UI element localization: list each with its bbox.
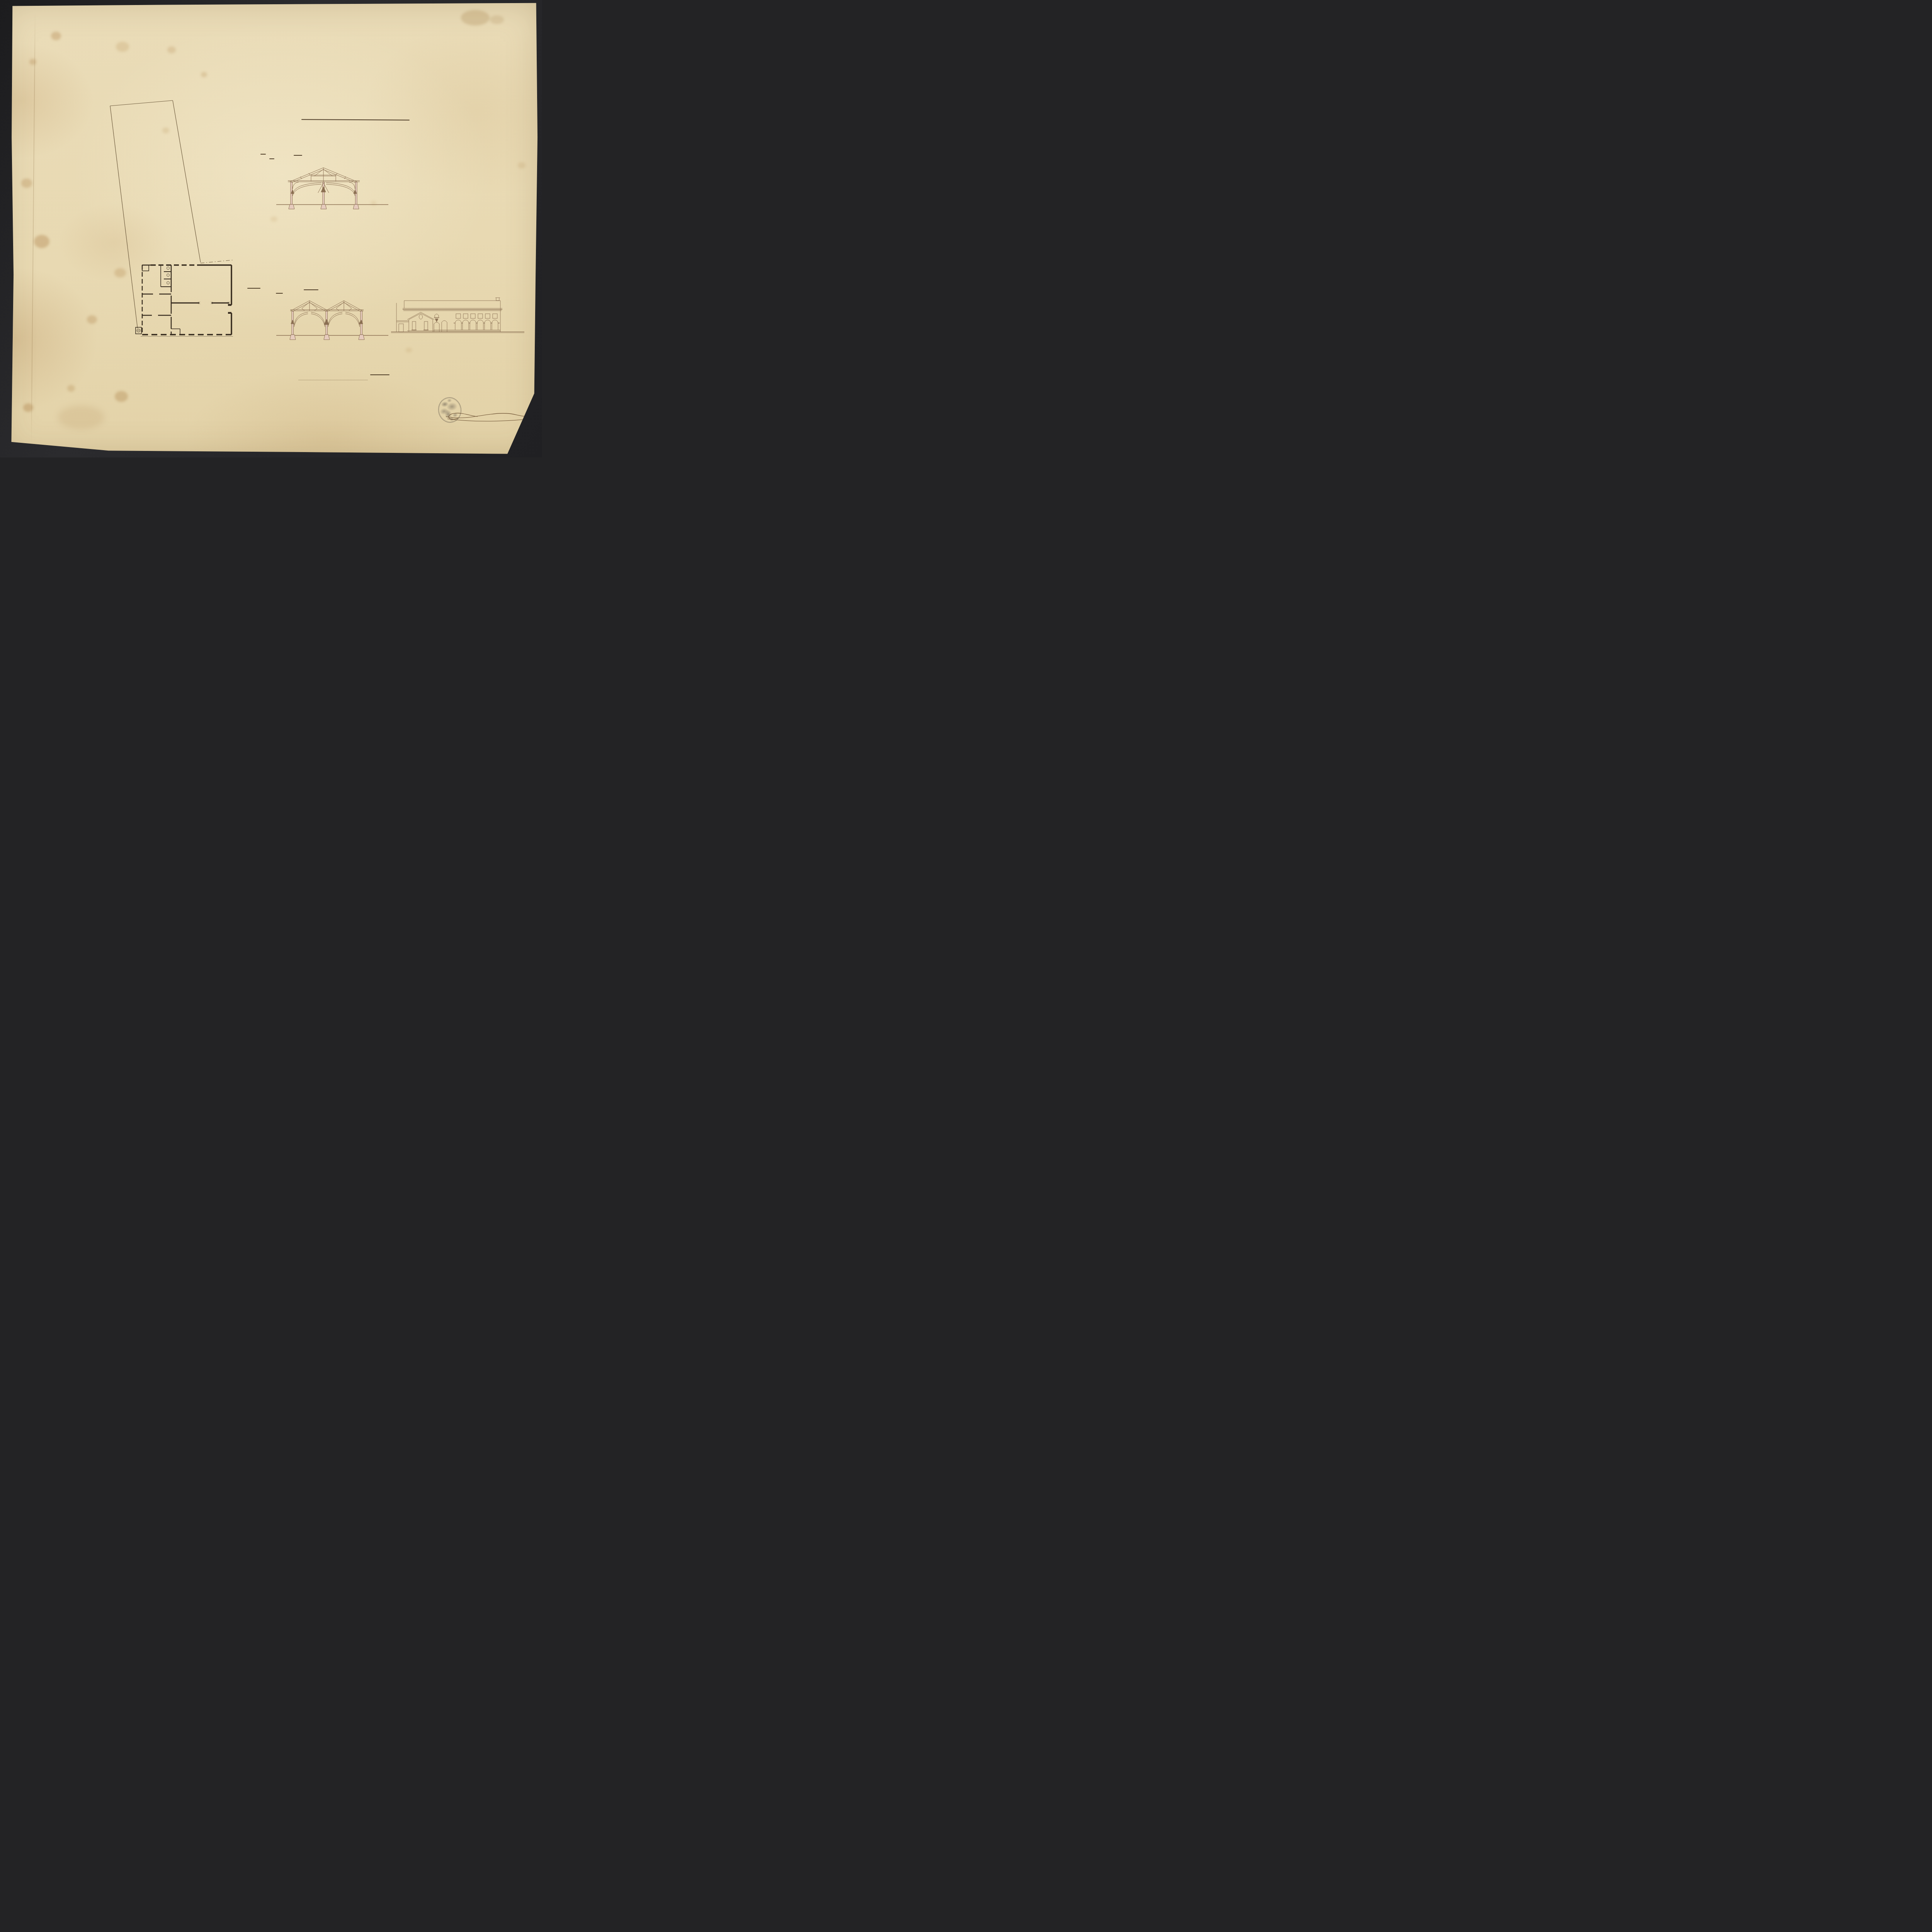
stain	[51, 32, 61, 40]
stain	[461, 10, 490, 26]
flourish-dash	[370, 374, 389, 375]
footing	[324, 335, 330, 340]
entrance-arch	[434, 322, 439, 324]
upper-window	[463, 314, 468, 318]
plan-privy-seat	[167, 274, 170, 277]
flourish-dash	[269, 158, 274, 159]
side-door	[399, 324, 403, 332]
floor-plan-drawing	[133, 257, 233, 344]
arched-windows	[454, 320, 500, 330]
stain	[201, 72, 207, 77]
section1-drawing	[276, 164, 388, 213]
plan-entrance-jamb	[228, 304, 231, 306]
flourish-dash	[304, 289, 318, 290]
porch-window	[412, 321, 416, 330]
plot-edge-top	[110, 100, 173, 106]
stain	[167, 46, 176, 53]
post	[323, 182, 325, 204]
niche	[435, 314, 439, 318]
stain	[67, 385, 75, 392]
chimney	[496, 298, 499, 301]
flourish-dash	[294, 155, 302, 156]
plan-privy-seat	[167, 267, 170, 270]
voorfront-drawing	[391, 298, 524, 336]
stain	[58, 406, 104, 429]
stain	[115, 391, 128, 402]
porch-window	[424, 321, 428, 330]
section2-drawing	[276, 298, 388, 342]
stain	[490, 15, 504, 24]
scan-background	[0, 0, 542, 457]
flourish-dash	[247, 288, 260, 289]
signature-flourish	[444, 410, 542, 422]
footing	[353, 204, 359, 209]
plan-privy-seat	[167, 282, 170, 284]
upper-window	[485, 314, 490, 318]
footing	[321, 204, 327, 209]
stain	[29, 59, 36, 65]
stain	[270, 216, 277, 222]
faint-rule	[298, 380, 368, 380]
flourish-dash	[260, 154, 266, 155]
stain	[116, 42, 129, 52]
stain	[34, 235, 49, 248]
plan-regenbak-box	[142, 265, 149, 271]
stain	[87, 315, 97, 324]
paper-sheet	[0, 0, 542, 457]
footing	[289, 204, 294, 209]
vase-bracket	[435, 319, 438, 322]
upper-window	[478, 314, 483, 318]
upper-window	[471, 314, 475, 318]
upper-window	[493, 314, 497, 318]
upper-window	[456, 314, 461, 318]
plot-edge-right	[173, 100, 201, 262]
title-rule	[301, 119, 410, 120]
door-arch	[442, 321, 447, 323]
arch-spring-mark	[324, 319, 329, 325]
flourish-dash	[276, 293, 283, 294]
stain	[406, 348, 412, 352]
stain	[21, 179, 32, 188]
arch-spring-mark	[321, 187, 326, 192]
stain	[518, 162, 526, 168]
gable-oval-window	[419, 315, 423, 319]
paper-fold-crease	[31, 12, 36, 444]
footing	[359, 335, 364, 340]
footing	[290, 335, 296, 340]
plan-entrance-jamb	[228, 312, 231, 314]
